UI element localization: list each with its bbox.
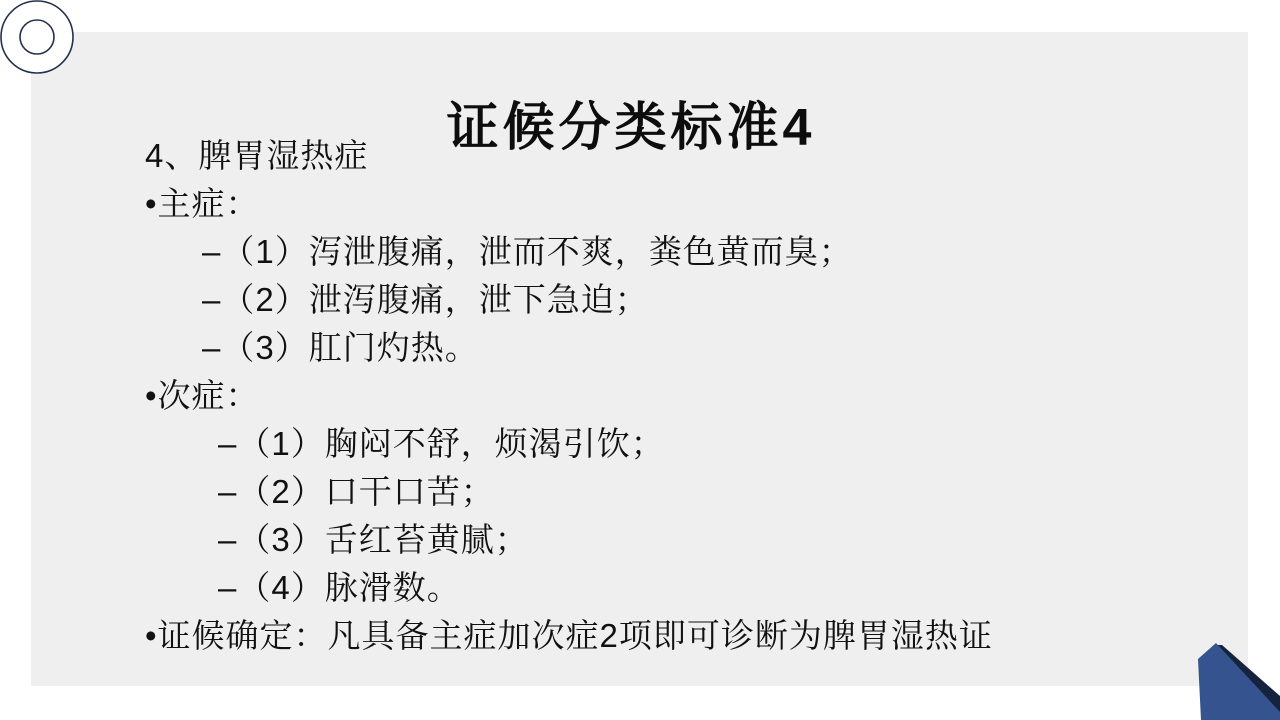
secondary-symptom-item: –（4）脉滑数。 <box>145 564 1245 612</box>
main-symptoms-label: •主症： <box>145 180 1245 228</box>
secondary-symptom-item: –（3）舌红苔黄腻； <box>145 516 1245 564</box>
syndrome-confirmation-line: •证候确定：凡具备主症加次症2项即可诊断为脾胃湿热证 <box>145 612 1245 660</box>
inner-ring <box>20 20 54 54</box>
main-symptom-item: –（3）肛门灼热。 <box>145 324 1245 372</box>
secondary-symptom-item: –（2）口干口苦； <box>145 468 1245 516</box>
main-symptom-item: –（1）泻泄腹痛，泄而不爽，粪色黄而臭； <box>145 228 1245 276</box>
secondary-symptom-item: –（1）胸闷不舒，烦渴引饮； <box>145 420 1245 468</box>
corner-triangle-decoration <box>1188 638 1280 720</box>
main-symptom-item: –（2）泄泻腹痛，泄下急迫； <box>145 276 1245 324</box>
slide-body: 4、脾胃湿热症 •主症： –（1）泻泄腹痛，泄而不爽，粪色黄而臭； –（2）泄泻… <box>145 132 1245 660</box>
subtitle-line: 4、脾胃湿热症 <box>145 132 1245 180</box>
corner-triangle-front <box>1198 643 1280 720</box>
secondary-symptoms-label: •次症： <box>145 372 1245 420</box>
concentric-rings-icon <box>0 0 76 76</box>
